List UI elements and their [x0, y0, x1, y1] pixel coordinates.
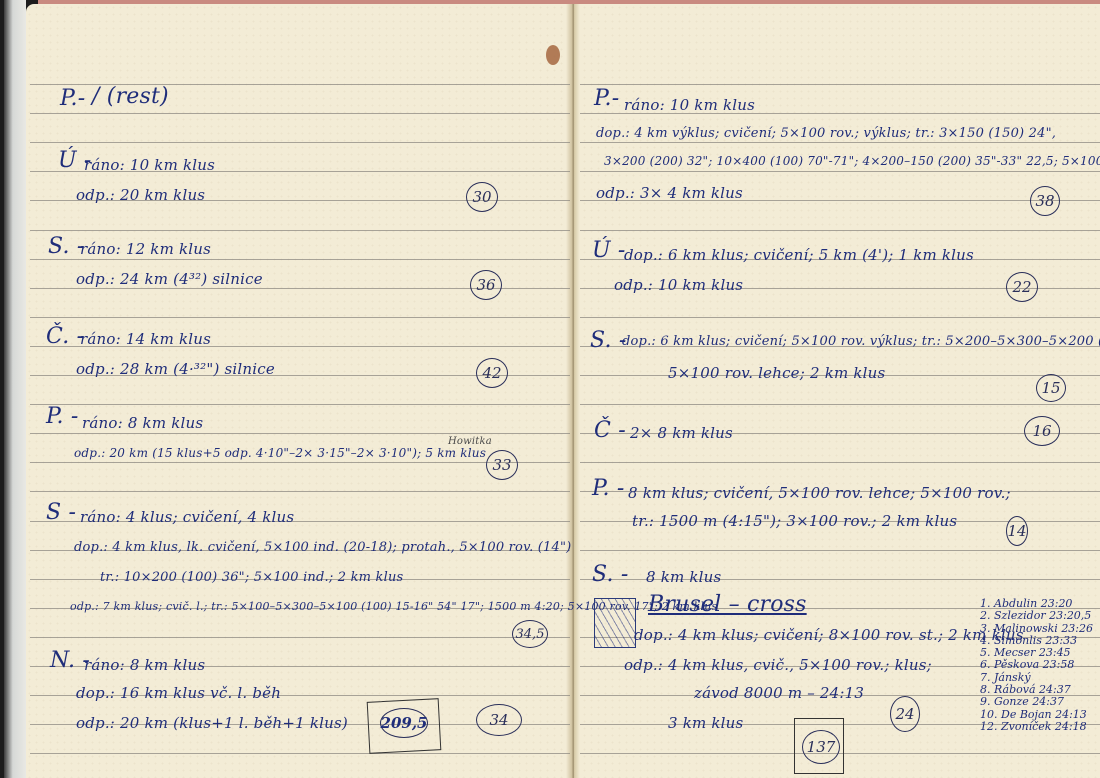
day-label: Č. - [46, 324, 84, 349]
week-total: 209,5 [380, 708, 428, 738]
entry-line: ráno: 10 km klus [84, 156, 215, 174]
daily-total: 38 [1030, 186, 1060, 216]
daily-total: 33 [486, 450, 518, 480]
entry-line: dop.: 4 km klus, lk. cvičení, 5×100 ind.… [74, 540, 571, 555]
entry-line: ráno: 4 klus; cvičení, 4 klus [80, 508, 294, 526]
ruled-line [30, 404, 570, 405]
daily-total: 30 [466, 182, 498, 212]
ruled-line [30, 259, 570, 260]
day-label: S - [46, 500, 76, 525]
entry-line: dop.: 6 km klus; cvičení; 5 km (4'); 1 k… [624, 246, 974, 264]
entry-line: odp.: 10 km klus [614, 276, 743, 294]
entry-line: odp.: 28 km (4·³²") silnice [76, 360, 275, 378]
entry-line: 5×100 rov. lehce; 2 km klus [668, 364, 885, 382]
entry-line: ráno: 14 km klus [80, 330, 211, 348]
entry-line: odp.: 4 km klus, cvič., 5×100 rov.; klus… [624, 656, 932, 674]
daily-total: 15 [1036, 374, 1066, 402]
race-results-list: 1. Abdulin 23:20 2. Szlezidor 23:20,5 3.… [980, 598, 1100, 733]
ruled-line [30, 113, 570, 114]
entry-line: odp.: 20 km (klus+1 l. běh+1 klus) [76, 714, 348, 732]
notebook-edge [4, 0, 26, 778]
entry-line: dop.: 4 km výklus; cvičení; 5×100 rov.; … [596, 126, 1056, 141]
race-title: Brusel – cross [648, 592, 807, 617]
ruled-line [580, 84, 1100, 85]
entry-line: odp.: 20 km (15 klus+5 odp. 4·10"–2× 3·1… [74, 446, 486, 460]
entry-line: 2× 8 km klus [630, 424, 733, 442]
entry-line: 8 km klus; cvičení, 5×100 rov. lehce; 5×… [628, 484, 1011, 502]
daily-total: 22 [1006, 272, 1038, 302]
day-label: P.- [60, 86, 85, 111]
result-row: 12. Zvoníček 24:18 [980, 721, 1100, 733]
flag-sketch-icon [594, 598, 636, 648]
ruled-line [30, 230, 570, 231]
ruled-line [580, 230, 1100, 231]
page-gutter [566, 4, 580, 778]
daily-total: 42 [476, 358, 508, 388]
daily-total: 34,5 [512, 620, 548, 648]
entry-line: ráno: 8 km klus [82, 414, 203, 432]
margin-note: Howitka [448, 436, 492, 447]
entry-line: dop.: 16 km klus vč. l. běh [76, 684, 281, 702]
ruled-line [30, 491, 570, 492]
entry-line: odp.: 24 km (4³²) silnice [76, 270, 263, 288]
entry-line: 3×200 (200) 32"; 10×400 (100) 70"-71"; 4… [604, 154, 1100, 168]
day-label: Ú - [592, 238, 626, 263]
ruled-line [30, 637, 570, 638]
daily-total: 34 [476, 704, 522, 736]
daily-total: 16 [1024, 416, 1060, 446]
entry-line: dop.: 6 km klus; cvičení; 5×100 rov. výk… [622, 334, 1100, 349]
entry-line: tr.: 10×200 (100) 36"; 5×100 ind.; 2 km … [100, 570, 403, 585]
entry-line: tr.: 1500 m (4:15"); 3×100 rov.; 2 km kl… [632, 512, 957, 530]
entry-line: 8 km klus [646, 568, 721, 586]
entry-line: dop.: 4 km klus; cvičení; 8×100 rov. st.… [634, 626, 1024, 644]
race-result-line: závod 8000 m – 24:13 [694, 684, 864, 702]
daily-total: 36 [470, 270, 502, 300]
ruled-line [580, 550, 1100, 551]
day-label: S. - [592, 562, 629, 587]
entry-line: odp.: 3× 4 km klus [596, 184, 743, 202]
ruled-line [580, 142, 1100, 143]
ruled-line [30, 317, 570, 318]
rest-mark: / (rest) [92, 84, 169, 109]
ruled-line [580, 317, 1100, 318]
entry-line: 3 km klus [668, 714, 743, 732]
ruled-line [30, 142, 570, 143]
entry-line: ráno: 10 km klus [624, 96, 755, 114]
daily-total: 24 [890, 696, 920, 732]
ruled-line [580, 462, 1100, 463]
ruled-line [580, 404, 1100, 405]
ruled-line [30, 433, 570, 434]
ruled-line [30, 753, 570, 754]
entry-line: ráno: 12 km klus [80, 240, 211, 258]
daily-total: 14 [1006, 516, 1028, 546]
day-label: P. - [46, 404, 79, 429]
ruled-line [580, 171, 1100, 172]
entry-line: odp.: 20 km klus [76, 186, 205, 204]
day-label: P.- [594, 86, 619, 111]
entry-line: ráno: 8 km klus [84, 656, 205, 674]
week-total: 137 [802, 730, 840, 764]
ink-stain [546, 45, 560, 65]
day-label: Č - [594, 418, 626, 443]
day-label: P. - [592, 476, 625, 501]
